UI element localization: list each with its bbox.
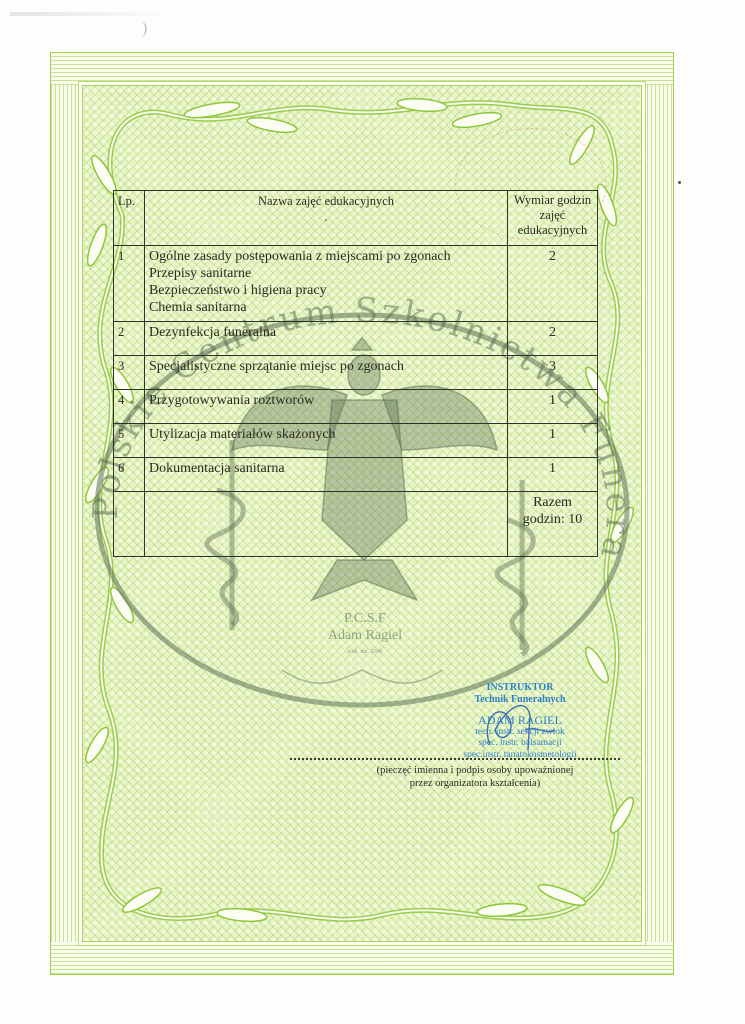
stamp-abbreviation: P.C.S.F	[300, 610, 430, 627]
header-course-name-text: Nazwa zajęć edukacyjnych	[258, 194, 394, 208]
round-stamp-center: P.C.S.F Adam Ragiel tech. inż. 2006	[300, 610, 430, 661]
table-header-row: Lp. Nazwa zajęć edukacyjnych , Wymiar go…	[114, 191, 598, 246]
row-hours: 1	[508, 458, 598, 492]
row-name: Dezynfekcja funeralna	[144, 322, 507, 356]
table-row: 4 Przygotowywania roztworów 1	[114, 390, 598, 424]
row-name-line: Ogólne zasady postępowania z miejscami p…	[149, 248, 503, 265]
caption-line: (pieczęć imienna i podpis osoby upoważni…	[330, 764, 620, 777]
header-course-name: Nazwa zajęć edukacyjnych ,	[144, 191, 507, 246]
table-row: 3 Specjalistyczne sprzątanie miejsc po z…	[114, 356, 598, 390]
row-lp: 1	[114, 246, 145, 322]
caption-line: przez organizatora kształcenia)	[330, 777, 620, 790]
border-top-band	[51, 53, 673, 85]
header-hours: Wymiar godzin zajęć edukacyjnych	[508, 191, 598, 246]
row-lp: 4	[114, 390, 145, 424]
total-label: Razem	[512, 494, 593, 511]
total-lp-empty	[114, 492, 145, 557]
handwritten-signature-icon	[470, 690, 560, 760]
stamp-name: Adam Ragiel	[300, 627, 430, 644]
header-lp: Lp.	[114, 191, 145, 246]
row-hours: 1	[508, 390, 598, 424]
row-name-line: Przepisy sanitarne	[149, 265, 503, 282]
row-lp: 6	[114, 458, 145, 492]
total-value: godzin: 10	[512, 511, 593, 528]
table-row: 5 Utylizacja materiałów skażonych 1	[114, 424, 598, 458]
row-lp: 3	[114, 356, 145, 390]
border-bottom-band	[51, 942, 673, 974]
row-name: Utylizacja materiałów skażonych	[144, 424, 507, 458]
row-name: Specjalistyczne sprzątanie miejsc po zgo…	[144, 356, 507, 390]
row-hours: 2	[508, 322, 598, 356]
row-name: Ogólne zasady postępowania z miejscami p…	[144, 246, 507, 322]
row-hours: 1	[508, 424, 598, 458]
table-row: 2 Dezynfekcja funeralna 2	[114, 322, 598, 356]
table-total-row: Razem godzin: 10	[114, 492, 598, 557]
signature-caption: (pieczęć imienna i podpis osoby upoważni…	[330, 764, 620, 790]
pen-mark: ,	[149, 213, 503, 223]
signature-line	[290, 758, 620, 760]
total-hours: Razem godzin: 10	[508, 492, 598, 557]
row-lp: 2	[114, 322, 145, 356]
row-hours: 2	[508, 246, 598, 322]
scan-dust	[678, 181, 681, 184]
row-name-line: Bezpieczeństwo i higiena pracy	[149, 282, 503, 299]
table-row: 6 Dokumentacja sanitarna 1	[114, 458, 598, 492]
row-name: Dokumentacja sanitarna	[144, 458, 507, 492]
table-row: 1 Ogólne zasady postępowania z miejscami…	[114, 246, 598, 322]
stamp-subtitle: tech. inż. 2006	[300, 644, 430, 661]
row-hours: 3	[508, 356, 598, 390]
courses-table: Lp. Nazwa zajęć edukacyjnych , Wymiar go…	[113, 190, 598, 557]
row-lp: 5	[114, 424, 145, 458]
total-name-empty	[144, 492, 507, 557]
scan-artifact-mark: )	[142, 20, 147, 38]
row-name: Przygotowywania roztworów	[144, 390, 507, 424]
scan-artifact	[10, 12, 170, 16]
row-name-line: Chemia sanitarna	[149, 299, 503, 316]
